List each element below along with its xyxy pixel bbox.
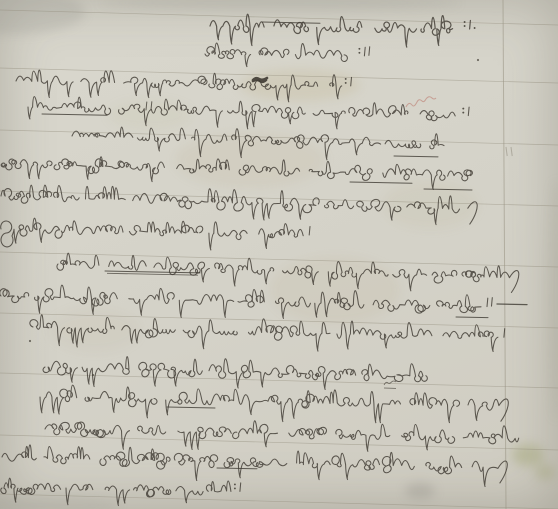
- handwritten-line-8: [1, 218, 310, 250]
- manuscript-page: Scanned page of a handwritten manuscript…: [0, 0, 558, 509]
- underline-stroke: [394, 156, 438, 157]
- ruled-line: [0, 373, 558, 388]
- visarga-dot: [474, 27, 476, 29]
- red-pencil-scribble: [406, 97, 436, 107]
- visarga-dot: [462, 112, 464, 114]
- visarga-dot: [345, 82, 347, 84]
- visarga-dot: [464, 21, 466, 23]
- manuscript-scan: [0, 0, 558, 509]
- ink-blot-correction: [253, 78, 267, 82]
- underline-stroke: [262, 22, 320, 23]
- ink-speck: [29, 340, 31, 342]
- underline-stroke: [456, 317, 488, 318]
- stain: [382, 181, 478, 229]
- visarga-dot: [234, 487, 236, 489]
- ink-speck: [92, 374, 94, 376]
- stain: [405, 483, 435, 499]
- stain: [108, 100, 192, 130]
- handwritten-line-12: [43, 357, 436, 390]
- stain: [100, 0, 460, 10]
- margin-tick-mark: [506, 147, 512, 156]
- stain: [0, 0, 85, 34]
- visarga-dot: [345, 78, 347, 80]
- handwritten-line-1: [210, 14, 470, 47]
- underline-stroke: [167, 407, 215, 408]
- visarga-dot: [234, 483, 236, 485]
- ruled-line: [0, 252, 558, 267]
- visarga-dot: [358, 52, 360, 54]
- stain: [548, 180, 558, 420]
- ink-speck: [477, 59, 479, 61]
- handwritten-line-4: [28, 97, 469, 129]
- visarga-dot: [464, 25, 466, 27]
- interlinear-insert-mark: [384, 381, 396, 388]
- handwritten-line-15: [2, 445, 507, 487]
- margin-rule-line: [503, 0, 506, 509]
- underline-stroke: [107, 273, 198, 275]
- visarga-dot: [358, 48, 360, 50]
- stain: [535, 464, 555, 480]
- handwritten-line-13: [40, 385, 508, 423]
- dash-mark: [497, 304, 527, 305]
- handwritten-line-14: [45, 421, 524, 452]
- handwritten-line-2: [205, 43, 370, 67]
- underline-stroke: [42, 114, 107, 115]
- stain: [0, 495, 120, 509]
- underline-stroke: [217, 468, 257, 469]
- visarga-dot: [462, 108, 464, 110]
- stain: [512, 444, 544, 466]
- ruled-line: [0, 435, 558, 450]
- underline-stroke: [350, 182, 412, 183]
- stain: [270, 256, 400, 324]
- stain: [240, 69, 360, 101]
- underline-stroke: [105, 271, 200, 273]
